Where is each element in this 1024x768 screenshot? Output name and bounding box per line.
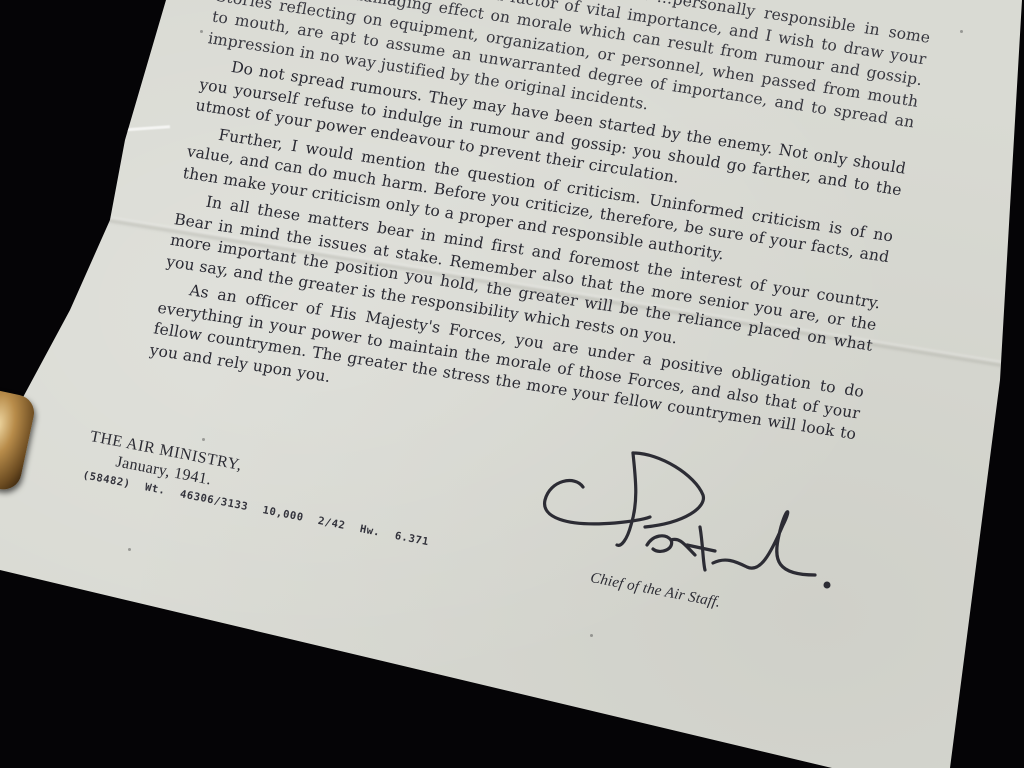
issuer-block: THE AIR MINISTRY, January, 1941. (58482)… — [82, 428, 438, 548]
paper-speck — [200, 30, 203, 33]
paper-sheet: …authority. This is wasteful it may be. … — [0, 0, 1024, 768]
paper-speck — [960, 30, 963, 33]
signature-portal-icon — [535, 445, 835, 595]
paper-speck — [590, 634, 593, 637]
letter-body: …authority. This is wasteful it may be. … — [147, 0, 932, 471]
paper-speck — [128, 548, 131, 551]
paper-speck — [202, 438, 205, 441]
photo-stage: …authority. This is wasteful it may be. … — [0, 0, 1024, 768]
paper-tear — [90, 125, 170, 134]
